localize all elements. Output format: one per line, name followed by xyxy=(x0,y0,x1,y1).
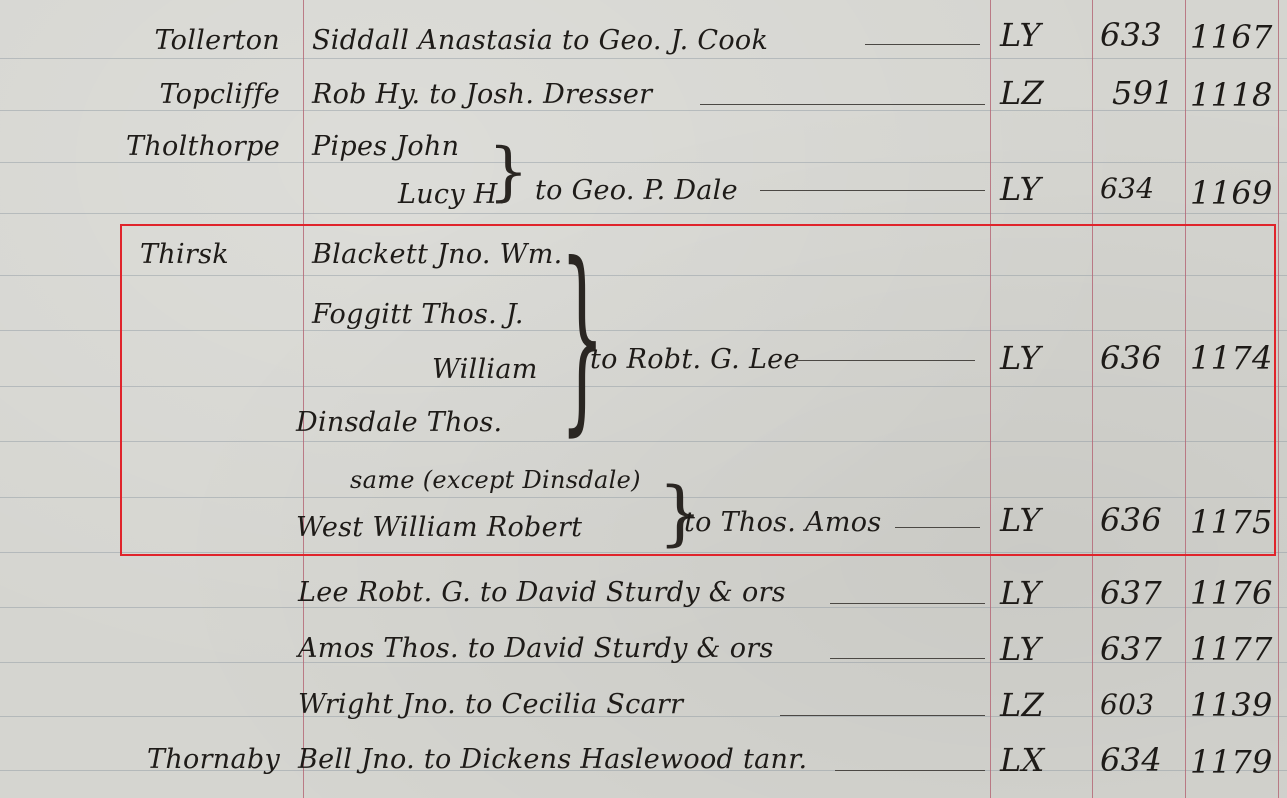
brace: } xyxy=(560,238,605,438)
place-name: Topcliffe xyxy=(10,80,280,110)
place-name: Tollerton xyxy=(10,26,280,56)
entry-to: to Robt. G. Lee xyxy=(590,345,800,375)
brace: } xyxy=(488,140,529,204)
leader-line xyxy=(700,104,985,105)
entry-name-line: Foggitt Thos. J. xyxy=(312,300,524,330)
entry-number: 1167 xyxy=(1190,22,1273,52)
letter-code: LZ xyxy=(1000,78,1044,108)
leader-line xyxy=(835,770,985,771)
ruled-line xyxy=(0,213,1287,214)
folio-number: 591 xyxy=(1112,78,1174,108)
entry-number: 1175 xyxy=(1190,507,1273,537)
folio-number: 637 xyxy=(1100,634,1162,664)
entry-name-line: Dinsdale Thos. xyxy=(296,408,502,438)
entry-number: 1118 xyxy=(1190,80,1273,110)
entry-name-line: William xyxy=(432,355,538,385)
leader-line xyxy=(830,658,985,659)
place-name: Thirsk xyxy=(140,240,229,270)
column-rule xyxy=(1278,0,1279,798)
folio-number: 636 xyxy=(1100,343,1162,373)
entry-to: to Geo. P. Dale xyxy=(535,176,738,206)
ruled-line xyxy=(0,58,1287,59)
entry-number: 1139 xyxy=(1190,690,1273,720)
ledger-page: Tollerton Siddall Anastasia to Geo. J. C… xyxy=(0,0,1287,798)
entry-name-line: same (except Dinsdale) xyxy=(350,465,641,495)
entry-number: 1177 xyxy=(1190,634,1273,664)
entry-to: to Thos. Amos xyxy=(684,508,881,538)
entry-number: 1179 xyxy=(1190,747,1273,777)
entry-name-line: West William Robert xyxy=(296,513,582,543)
folio-number: 636 xyxy=(1100,505,1162,535)
entry-number: 1176 xyxy=(1190,578,1273,608)
folio-number: 633 xyxy=(1100,20,1162,50)
leader-line xyxy=(865,44,980,45)
leader-line xyxy=(895,527,980,528)
letter-code: LY xyxy=(1000,174,1041,204)
leader-line xyxy=(780,715,985,716)
folio-number: 637 xyxy=(1100,578,1162,608)
leader-line xyxy=(830,603,985,604)
entry-text: Rob Hy. to Josh. Dresser xyxy=(312,80,652,110)
letter-code: LY xyxy=(1000,343,1041,373)
entry-text: Amos Thos. to David Sturdy & ors xyxy=(298,634,774,664)
entry-text: Wright Jno. to Cecilia Scarr xyxy=(298,690,683,720)
entry-text: Siddall Anastasia to Geo. J. Cook xyxy=(312,26,768,56)
folio-number: 634 xyxy=(1100,174,1154,204)
place-name: Thornaby xyxy=(10,745,280,775)
letter-code: LY xyxy=(1000,634,1041,664)
entry-name-line: Blackett Jno. Wm. xyxy=(312,240,563,270)
letter-code: LY xyxy=(1000,505,1041,535)
place-name: Tholthorpe xyxy=(10,132,280,162)
letter-code: LY xyxy=(1000,578,1041,608)
letter-code: LY xyxy=(1000,20,1041,50)
folio-number: 603 xyxy=(1100,690,1154,720)
letter-code: LX xyxy=(1000,745,1045,775)
leader-line xyxy=(760,190,985,191)
folio-number: 634 xyxy=(1100,745,1162,775)
entry-number: 1174 xyxy=(1190,343,1273,373)
entry-text: Bell Jno. to Dickens Haslewood tanr. xyxy=(298,745,807,775)
leader-line xyxy=(795,360,975,361)
entry-number: 1169 xyxy=(1190,178,1273,208)
entry-text: Lee Robt. G. to David Sturdy & ors xyxy=(298,578,786,608)
ruled-line xyxy=(0,110,1287,111)
ruled-line xyxy=(0,162,1287,163)
entry-name-line: Pipes John xyxy=(312,132,459,162)
letter-code: LZ xyxy=(1000,690,1044,720)
